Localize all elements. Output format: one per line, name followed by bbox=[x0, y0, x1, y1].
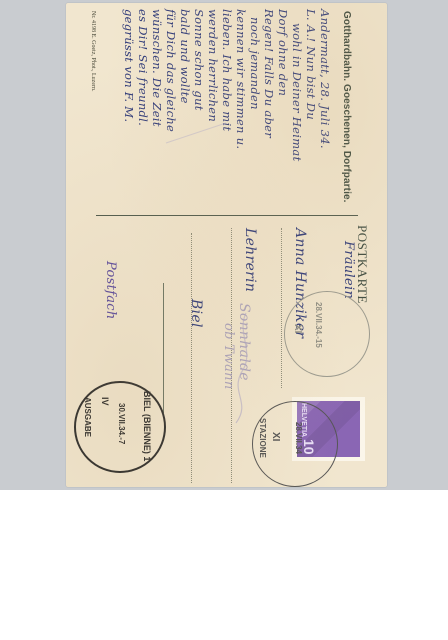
pencil-marks bbox=[66, 3, 387, 487]
postcard: Gotthardbahn. Goeschenen, Dorfpartie. Nr… bbox=[66, 3, 387, 487]
